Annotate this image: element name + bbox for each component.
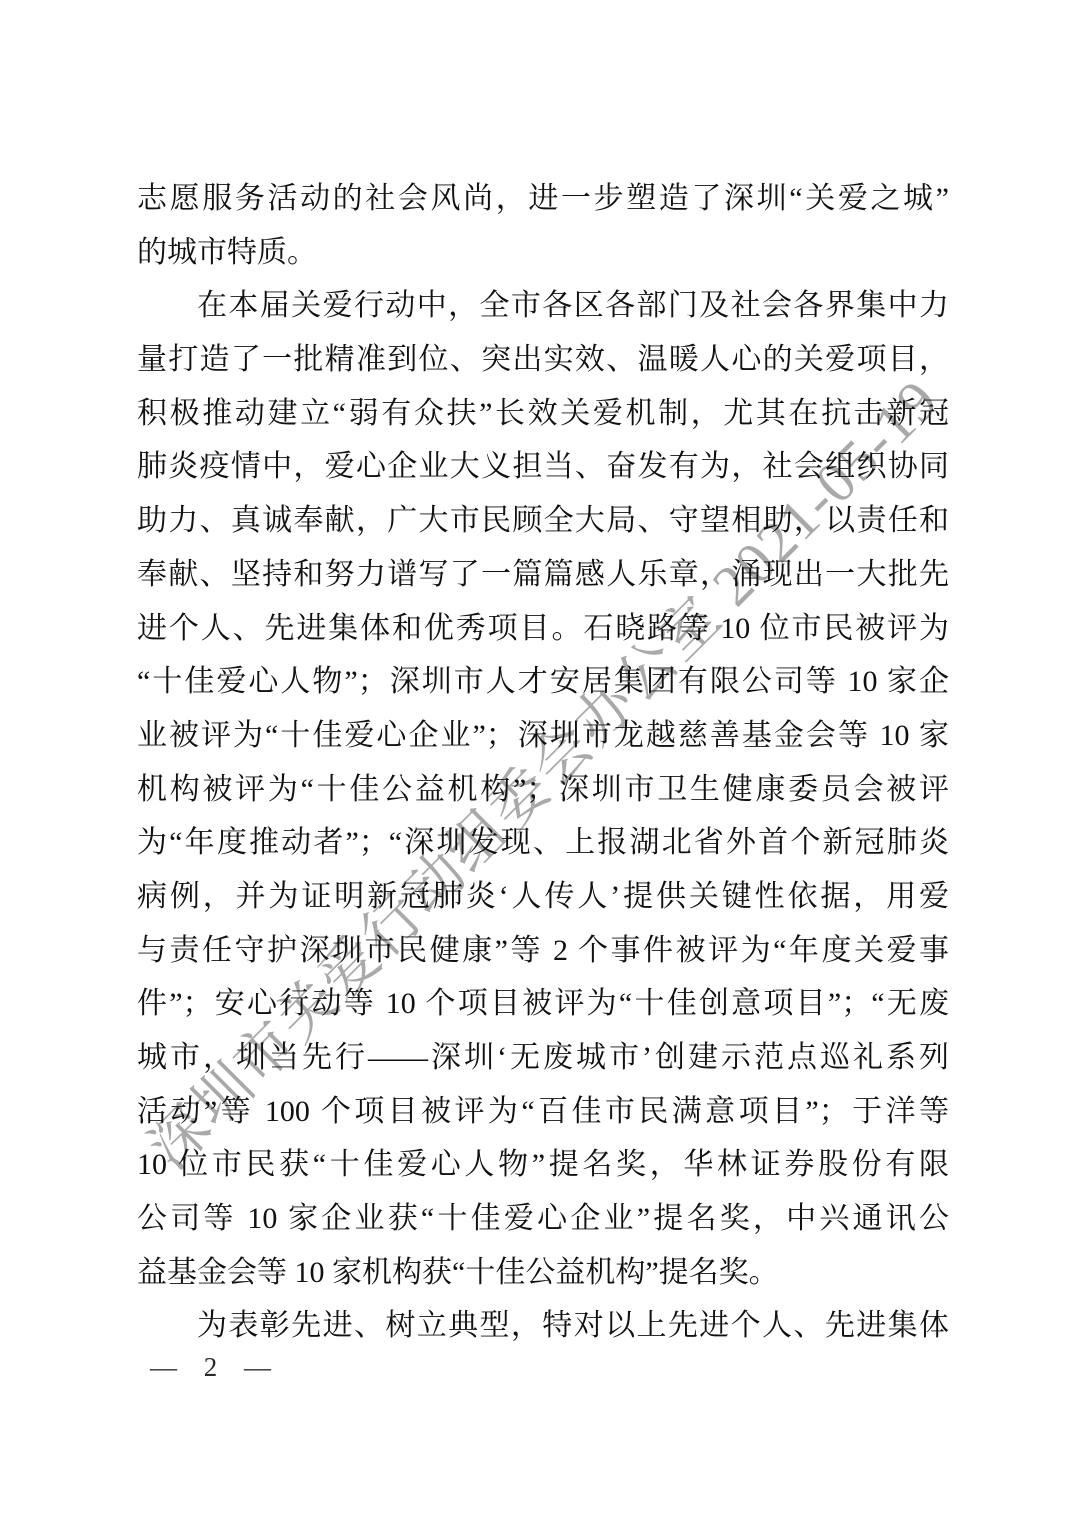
text-line: 10 位市民获“十佳爱心人物”提名奖，华林证券股份有限 xyxy=(137,1138,949,1192)
text-line: 机构被评为“十佳公益机构”；深圳市卫生健康委员会被评 xyxy=(137,763,949,817)
text-line: 城市，圳当先行——深圳‘无废城市’创建示范点巡礼系列 xyxy=(137,1031,949,1085)
text-line: 为“年度推动者”；“深圳发现、上报湖北省外首个新冠肺炎 xyxy=(137,816,949,870)
text-line: 助力、真诚奉献，广大市民顾全大局、守望相助，以责任和 xyxy=(137,494,949,548)
text-line: 积极推动建立“弱有众扶”长效关爱机制，尤其在抗击新冠 xyxy=(137,387,949,441)
text-line: 与责任守护深圳市民健康”等 2 个事件被评为“年度关爱事 xyxy=(137,924,949,978)
text-line: 进个人、先进集体和优秀项目。石晓路等 10 位市民被评为 xyxy=(137,602,949,656)
text-line: 益基金会等 10 家机构获“十佳公益机构”提名奖。 xyxy=(137,1246,949,1300)
text-line: 量打造了一批精准到位、突出实效、温暖人心的关爱项目， xyxy=(137,333,949,387)
text-line: 公司等 10 家企业获“十佳爱心企业”提名奖，中兴通讯公 xyxy=(137,1192,949,1246)
document-page: 深圳市关爱行动组委会办公室 2021-05-19 志愿服务活动的社会风尚，进一步… xyxy=(0,0,1080,1527)
text-line: 在本届关爱行动中，全市各区各部门及社会各界集中力 xyxy=(137,279,949,333)
text-line: 件”；安心行动等 10 个项目被评为“十佳创意项目”；“无废 xyxy=(137,977,949,1031)
text-line: 为表彰先进、树立典型，特对以上先进个人、先进集体 xyxy=(137,1299,949,1353)
text-line: 病例，并为证明新冠肺炎‘人传人’提供关键性依据，用爱 xyxy=(137,870,949,924)
document-body: 志愿服务活动的社会风尚，进一步塑造了深圳“关爱之城”的城市特质。在本届关爱行动中… xyxy=(137,172,949,1353)
text-line: 业被评为“十佳爱心企业”；深圳市龙越慈善基金会等 10 家 xyxy=(137,709,949,763)
text-line: “十佳爱心人物”；深圳市人才安居集团有限公司等 10 家企 xyxy=(137,655,949,709)
page-number: — 2 — xyxy=(150,1352,281,1383)
text-line: 志愿服务活动的社会风尚，进一步塑造了深圳“关爱之城” xyxy=(137,172,949,226)
text-line: 肺炎疫情中，爱心企业大义担当、奋发有为，社会组织协同 xyxy=(137,440,949,494)
text-line: 活动”等 100 个项目被评为“百佳市民满意项目”；于洋等 xyxy=(137,1085,949,1139)
text-line: 的城市特质。 xyxy=(137,226,949,280)
text-line: 奉献、坚持和努力谱写了一篇篇感人乐章，涌现出一大批先 xyxy=(137,548,949,602)
